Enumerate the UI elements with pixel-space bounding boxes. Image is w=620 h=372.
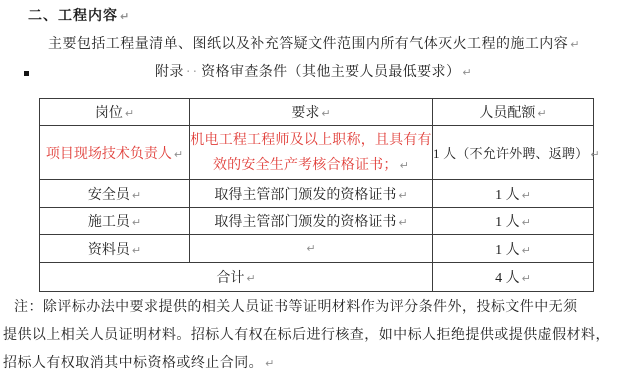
note-line: 注：除评标办法中要求提供的相关人员证书等证明材料作为评分条件外，投标文件中无须 xyxy=(14,294,619,322)
total-quota-text: 4 人 xyxy=(495,271,520,286)
intro-text: 主要包括工程量清单、图纸以及补充答疑文件范围内所有气体灭火工程的施工内容 xyxy=(48,37,568,52)
note-paragraph: 注：除评标办法中要求提供的相关人员证书等证明材料作为评分条件外，投标文件中无须 … xyxy=(3,294,619,372)
return-mark-icon: ↵ xyxy=(522,189,531,202)
square-bullet-icon xyxy=(24,71,29,76)
space-marks-icon: ·· xyxy=(186,65,199,80)
return-mark-icon: ↵ xyxy=(537,107,546,120)
section-heading-text: 二、工程内容 xyxy=(28,9,118,24)
document-page: 二、工程内容↵ 主要包括工程量清单、图纸以及补充答疑文件范围内所有气体灭火工程的… xyxy=(0,0,620,372)
position-cell: 资料员↵ xyxy=(40,235,190,263)
requirement-text: 取得主管部门颁发的资格证书 xyxy=(214,215,396,230)
header-text: 要求 xyxy=(291,106,319,121)
position-text: 安全员 xyxy=(88,188,130,203)
qualification-table: 岗位↵ 要求↵ 人员配额↵ 项目现场技术负责人↵ 机电工程工程师及以上职称，且具… xyxy=(39,98,594,292)
section-heading: 二、工程内容↵ xyxy=(28,5,130,25)
table-total-row: 合计↵ 4 人↵ xyxy=(40,263,594,292)
quota-text: 1 人（不允许外聘、返聘） xyxy=(433,146,588,161)
position-text: 项目现场技术负责人 xyxy=(46,147,172,162)
return-mark-icon: ↵ xyxy=(398,189,407,202)
quota-cell: 1 人（不允许外聘、返聘）↵ xyxy=(433,126,594,180)
return-mark-icon: ↵ xyxy=(265,357,275,370)
position-cell: 施工员↵ xyxy=(40,208,190,235)
return-mark-icon: ↵ xyxy=(125,107,134,120)
return-mark-icon: ↵ xyxy=(522,272,531,285)
table-row-construction-officer: 施工员↵ 取得主管部门颁发的资格证书↵ 1 人↵ xyxy=(40,208,594,235)
total-label-text: 合计 xyxy=(216,271,244,286)
return-mark-icon: ↵ xyxy=(590,148,599,161)
position-cell: 项目现场技术负责人↵ xyxy=(40,126,190,180)
note-line: 提供以上相关人员证明材料。招标人有权在标后进行核查，如中标人拒绝提供或提供虚假材… xyxy=(3,322,619,350)
requirement-cell-empty: ↵ xyxy=(190,235,433,263)
table-row-tech-lead: 项目现场技术负责人↵ 机电工程工程师及以上职称，且具有有效的安全生产考核合格证书… xyxy=(40,126,594,180)
return-mark-icon: ↵ xyxy=(400,159,409,172)
return-mark-icon: ↵ xyxy=(522,244,531,257)
return-mark-icon: ↵ xyxy=(246,272,255,285)
return-mark-icon: ↵ xyxy=(132,244,141,257)
return-mark-icon: ↵ xyxy=(132,189,141,202)
header-text: 人员配额 xyxy=(479,106,535,121)
return-mark-icon: ↵ xyxy=(462,66,472,79)
intro-paragraph: 主要包括工程量清单、图纸以及补充答疑文件范围内所有气体灭火工程的施工内容↵ xyxy=(48,33,580,53)
quota-cell: 1 人↵ xyxy=(433,208,594,235)
header-cell-position: 岗位↵ xyxy=(40,99,190,126)
return-mark-icon: ↵ xyxy=(570,38,580,51)
note-line-text: 提供以上相关人员证明材料。招标人有权在标后进行核查，如中标人拒绝提供或提供虚假材… xyxy=(3,328,610,343)
table-row-document-clerk: 资料员↵ ↵ 1 人↵ xyxy=(40,235,594,263)
return-mark-icon: ↵ xyxy=(132,216,141,229)
requirement-cell: 取得主管部门颁发的资格证书↵ xyxy=(190,180,433,208)
return-mark-icon: ↵ xyxy=(398,216,407,229)
table-row-safety-officer: 安全员↵ 取得主管部门颁发的资格证书↵ 1 人↵ xyxy=(40,180,594,208)
total-label-cell: 合计↵ xyxy=(40,263,433,292)
note-line-text: 注：除评标办法中要求提供的相关人员证书等证明材料作为评分条件外，投标文件中无须 xyxy=(14,300,578,315)
return-mark-icon: ↵ xyxy=(522,216,531,229)
requirement-text: 取得主管部门颁发的资格证书 xyxy=(214,188,396,203)
appendix-caption: 附录··资格审查条件（其他主要人员最低要求）↵ xyxy=(155,61,472,81)
appendix-title: 资格审查条件（其他主要人员最低要求） xyxy=(201,65,460,80)
note-line-text: 招标人有权取消其中标资格或终止合同。 xyxy=(3,356,263,371)
return-mark-icon: ↵ xyxy=(120,10,130,23)
quota-text: 1 人 xyxy=(495,215,520,230)
table-header-row: 岗位↵ 要求↵ 人员配额↵ xyxy=(40,99,594,126)
position-text: 资料员 xyxy=(88,243,130,258)
requirement-cell: 机电工程工程师及以上职称，且具有有效的安全生产考核合格证书；↵ xyxy=(190,126,433,180)
requirement-text: 机电工程工程师及以上职称，且具有有效的安全生产考核合格证书； xyxy=(190,133,431,173)
requirement-cell: 取得主管部门颁发的资格证书↵ xyxy=(190,208,433,235)
quota-cell: 1 人↵ xyxy=(433,180,594,208)
position-text: 施工员 xyxy=(88,215,130,230)
note-line: 招标人有权取消其中标资格或终止合同。↵ xyxy=(3,350,619,372)
quota-text: 1 人 xyxy=(495,188,520,203)
return-mark-icon: ↵ xyxy=(174,148,183,161)
position-cell: 安全员↵ xyxy=(40,180,190,208)
total-quota-cell: 4 人↵ xyxy=(433,263,594,292)
return-mark-icon: ↵ xyxy=(306,242,315,255)
quota-text: 1 人 xyxy=(495,243,520,258)
header-cell-quota: 人员配额↵ xyxy=(433,99,594,126)
header-cell-requirement: 要求↵ xyxy=(190,99,433,126)
header-text: 岗位 xyxy=(95,106,123,121)
return-mark-icon: ↵ xyxy=(321,107,330,120)
appendix-prefix: 附录 xyxy=(155,65,184,80)
quota-cell: 1 人↵ xyxy=(433,235,594,263)
